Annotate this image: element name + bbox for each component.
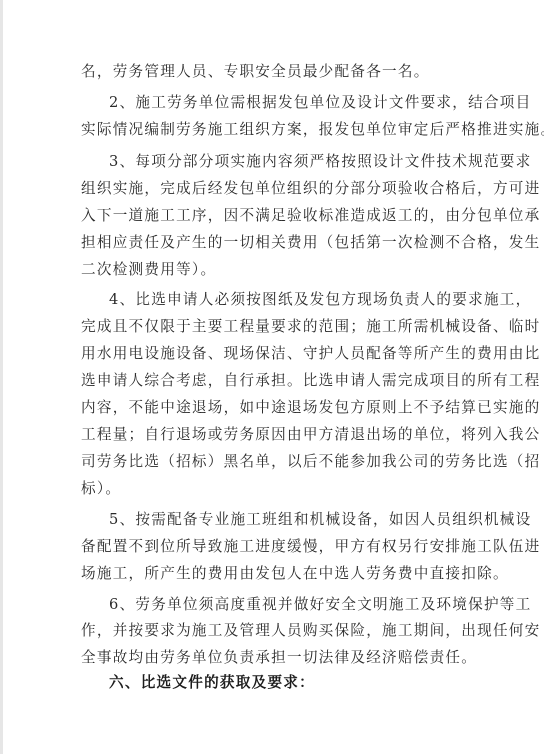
text-line: 场施工，所产生的费用由发包人在中选人劳务费中直接扣除。 — [81, 565, 473, 583]
text-line: 担相应责任及产生的一切相关费用（包括第一次检测不合格，发生 — [81, 234, 473, 252]
text-line: 6、劳务单位须高度重视并做好安全文明施工及环境保护等工 — [109, 596, 473, 614]
text-line: 2、施工劳务单位需根据发包单位及设计文件要求，结合项目 — [109, 94, 473, 112]
text-line: 选申请人综合考虑，自行承担。比选申请人需完成项目的所有工程 — [81, 372, 473, 390]
text-line: 3、每项分部分项实施内容须严格按照设计文件技术规范要求 — [109, 153, 473, 171]
text-line: 4、比选申请人必须按图纸及发包方现场负责人的要求施工， — [109, 291, 473, 309]
text-line: 5、按需配备专业施工班组和机械设备，如因人员组织机械设 — [109, 511, 473, 529]
text-line: 二次检测费用等）。 — [81, 261, 473, 279]
text-line: 名，劳务管理人员、专职安全员最少配备各一名。 — [81, 63, 473, 81]
text-line: 组织实施，完成后经发包单位组织的分部分项验收合格后，方可进 — [81, 180, 473, 198]
text-line: 标）。 — [81, 480, 473, 498]
text-line: 全事故均由劳务单位负责承担一切法律及经济赔偿责任。 — [81, 649, 473, 667]
text-line: 用水用电设施设备、现场保洁、守护人员配备等所产生的费用由比 — [81, 345, 473, 363]
text-line: 备配置不到位所导致施工进度缓慢，甲方有权另行安排施工队伍进 — [81, 538, 473, 556]
text-line: 入下一道施工工序，因不满足验收标准造成返工的，由分包单位承 — [81, 207, 473, 225]
text-line: 实际情况编制劳务施工组织方案，报发包单位审定后严格推进实施。 — [81, 121, 473, 139]
section-heading: 六、比选文件的获取及要求： — [109, 674, 473, 692]
text-line: 完成且不仅限于主要工程量要求的范围；施工所需机械设备、临时 — [81, 318, 473, 336]
text-line: 作，并按要求为施工及管理人员购买保险，施工期间，出现任何安 — [81, 622, 473, 640]
text-line: 司劳务比选（招标）黑名单，以后不能参加我公司的劳务比选（招 — [81, 453, 473, 471]
text-line: 内容，不能中途退场，如中途退场发包方原则上不予结算已实施的 — [81, 399, 473, 417]
document-page: 名，劳务管理人员、专职安全员最少配备各一名。2、施工劳务单位需根据发包单位及设计… — [0, 0, 544, 754]
text-line: 工程量；自行退场或劳务原因由甲方清退出场的单位，将列入我公 — [81, 426, 473, 444]
